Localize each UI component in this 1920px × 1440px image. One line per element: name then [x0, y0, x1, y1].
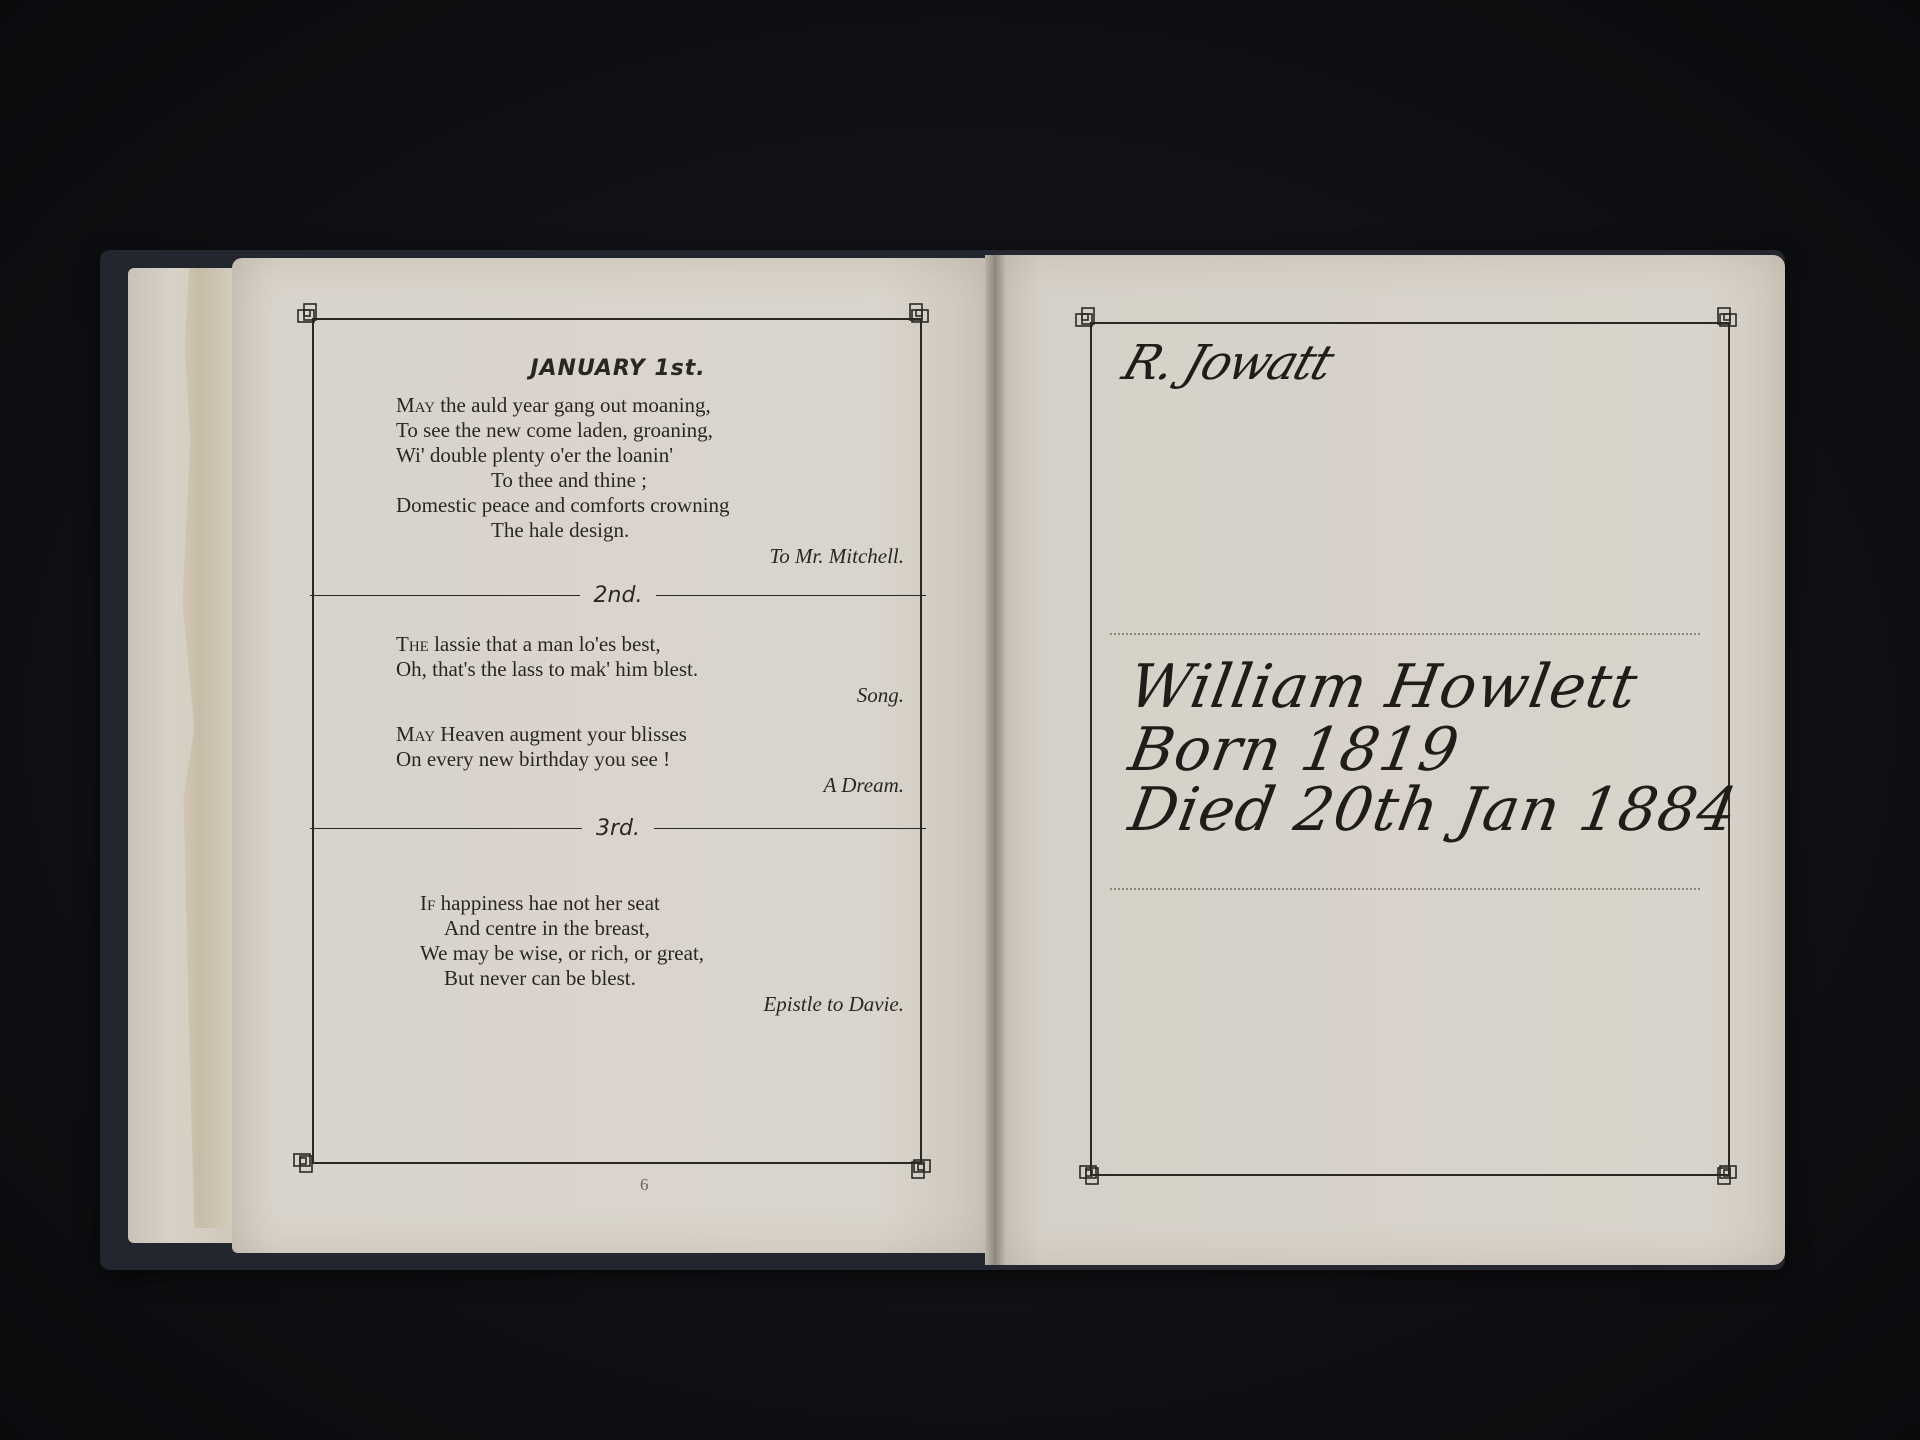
- corner-ornament-icon: [292, 1138, 328, 1174]
- verse-line: Oh, that's the lass to mak' him blest.: [396, 657, 918, 682]
- verse-line: But never can be blest.: [420, 966, 918, 991]
- corner-ornament-icon: [1702, 306, 1738, 342]
- page-heading: JANUARY 1st.: [318, 356, 918, 381]
- verse-line: And centre in the breast,: [420, 916, 918, 941]
- section-divider: 2nd.: [310, 583, 926, 608]
- verse-line: lassie that a man lo'es best,: [429, 632, 661, 656]
- handwritten-signature: R. Jowatt: [1116, 335, 1339, 391]
- handwritten-died: Died 20th Jan 1884: [1124, 778, 1742, 842]
- verse-attribution: Epistle to Davie.: [318, 991, 918, 1017]
- verse-line: On every new birthday you see !: [396, 747, 918, 772]
- dotted-rule: [1110, 888, 1700, 890]
- verse-line: To see the new come laden, groaning,: [396, 418, 918, 443]
- corner-ornament-icon: [1078, 1150, 1114, 1186]
- handwritten-born: Born 1819: [1124, 718, 1464, 782]
- verse-lead: May: [396, 393, 435, 417]
- book-gutter: [985, 255, 1005, 1265]
- verse-line: The hale design.: [396, 518, 918, 543]
- verse-line: Heaven augment your blisses: [435, 722, 687, 746]
- handwritten-name: William Howlett: [1124, 655, 1642, 719]
- date-label: 3rd.: [596, 816, 640, 841]
- corner-ornament-icon: [1702, 1150, 1738, 1186]
- corner-ornament-icon: [894, 302, 930, 338]
- verse-block: The lassie that a man lo'es best, Oh, th…: [318, 632, 918, 682]
- verse-line: We may be wise, or rich, or great,: [420, 941, 918, 966]
- verse-lead: The: [396, 632, 429, 656]
- verse-line: Domestic peace and comforts crowning: [396, 493, 918, 518]
- date-label: 2nd.: [594, 583, 643, 608]
- corner-ornament-icon: [1074, 306, 1110, 342]
- verse-attribution: A Dream.: [318, 772, 918, 798]
- page-number: 6: [640, 1175, 649, 1195]
- verse-lead: If: [420, 891, 435, 915]
- verse-line: happiness hae not her seat: [435, 891, 660, 915]
- verse-attribution: Song.: [318, 682, 918, 708]
- section-divider: 3rd.: [310, 816, 926, 841]
- left-page-content: JANUARY 1st. May the auld year gang out …: [318, 350, 918, 1017]
- verse-line: Wi' double plenty o'er the loanin': [396, 443, 918, 468]
- verse-block: If happiness hae not her seat And centre…: [318, 891, 918, 991]
- verse-attribution: To Mr. Mitchell.: [318, 543, 918, 569]
- corner-ornament-icon: [896, 1144, 932, 1180]
- verse-block: May Heaven augment your blisses On every…: [318, 722, 918, 772]
- verse-line: To thee and thine ;: [396, 468, 918, 493]
- verse-block: May the auld year gang out moaning, To s…: [318, 393, 918, 543]
- dotted-rule: [1110, 633, 1700, 635]
- verse-lead: May: [396, 722, 435, 746]
- corner-ornament-icon: [296, 302, 332, 338]
- verse-line: the auld year gang out moaning,: [435, 393, 711, 417]
